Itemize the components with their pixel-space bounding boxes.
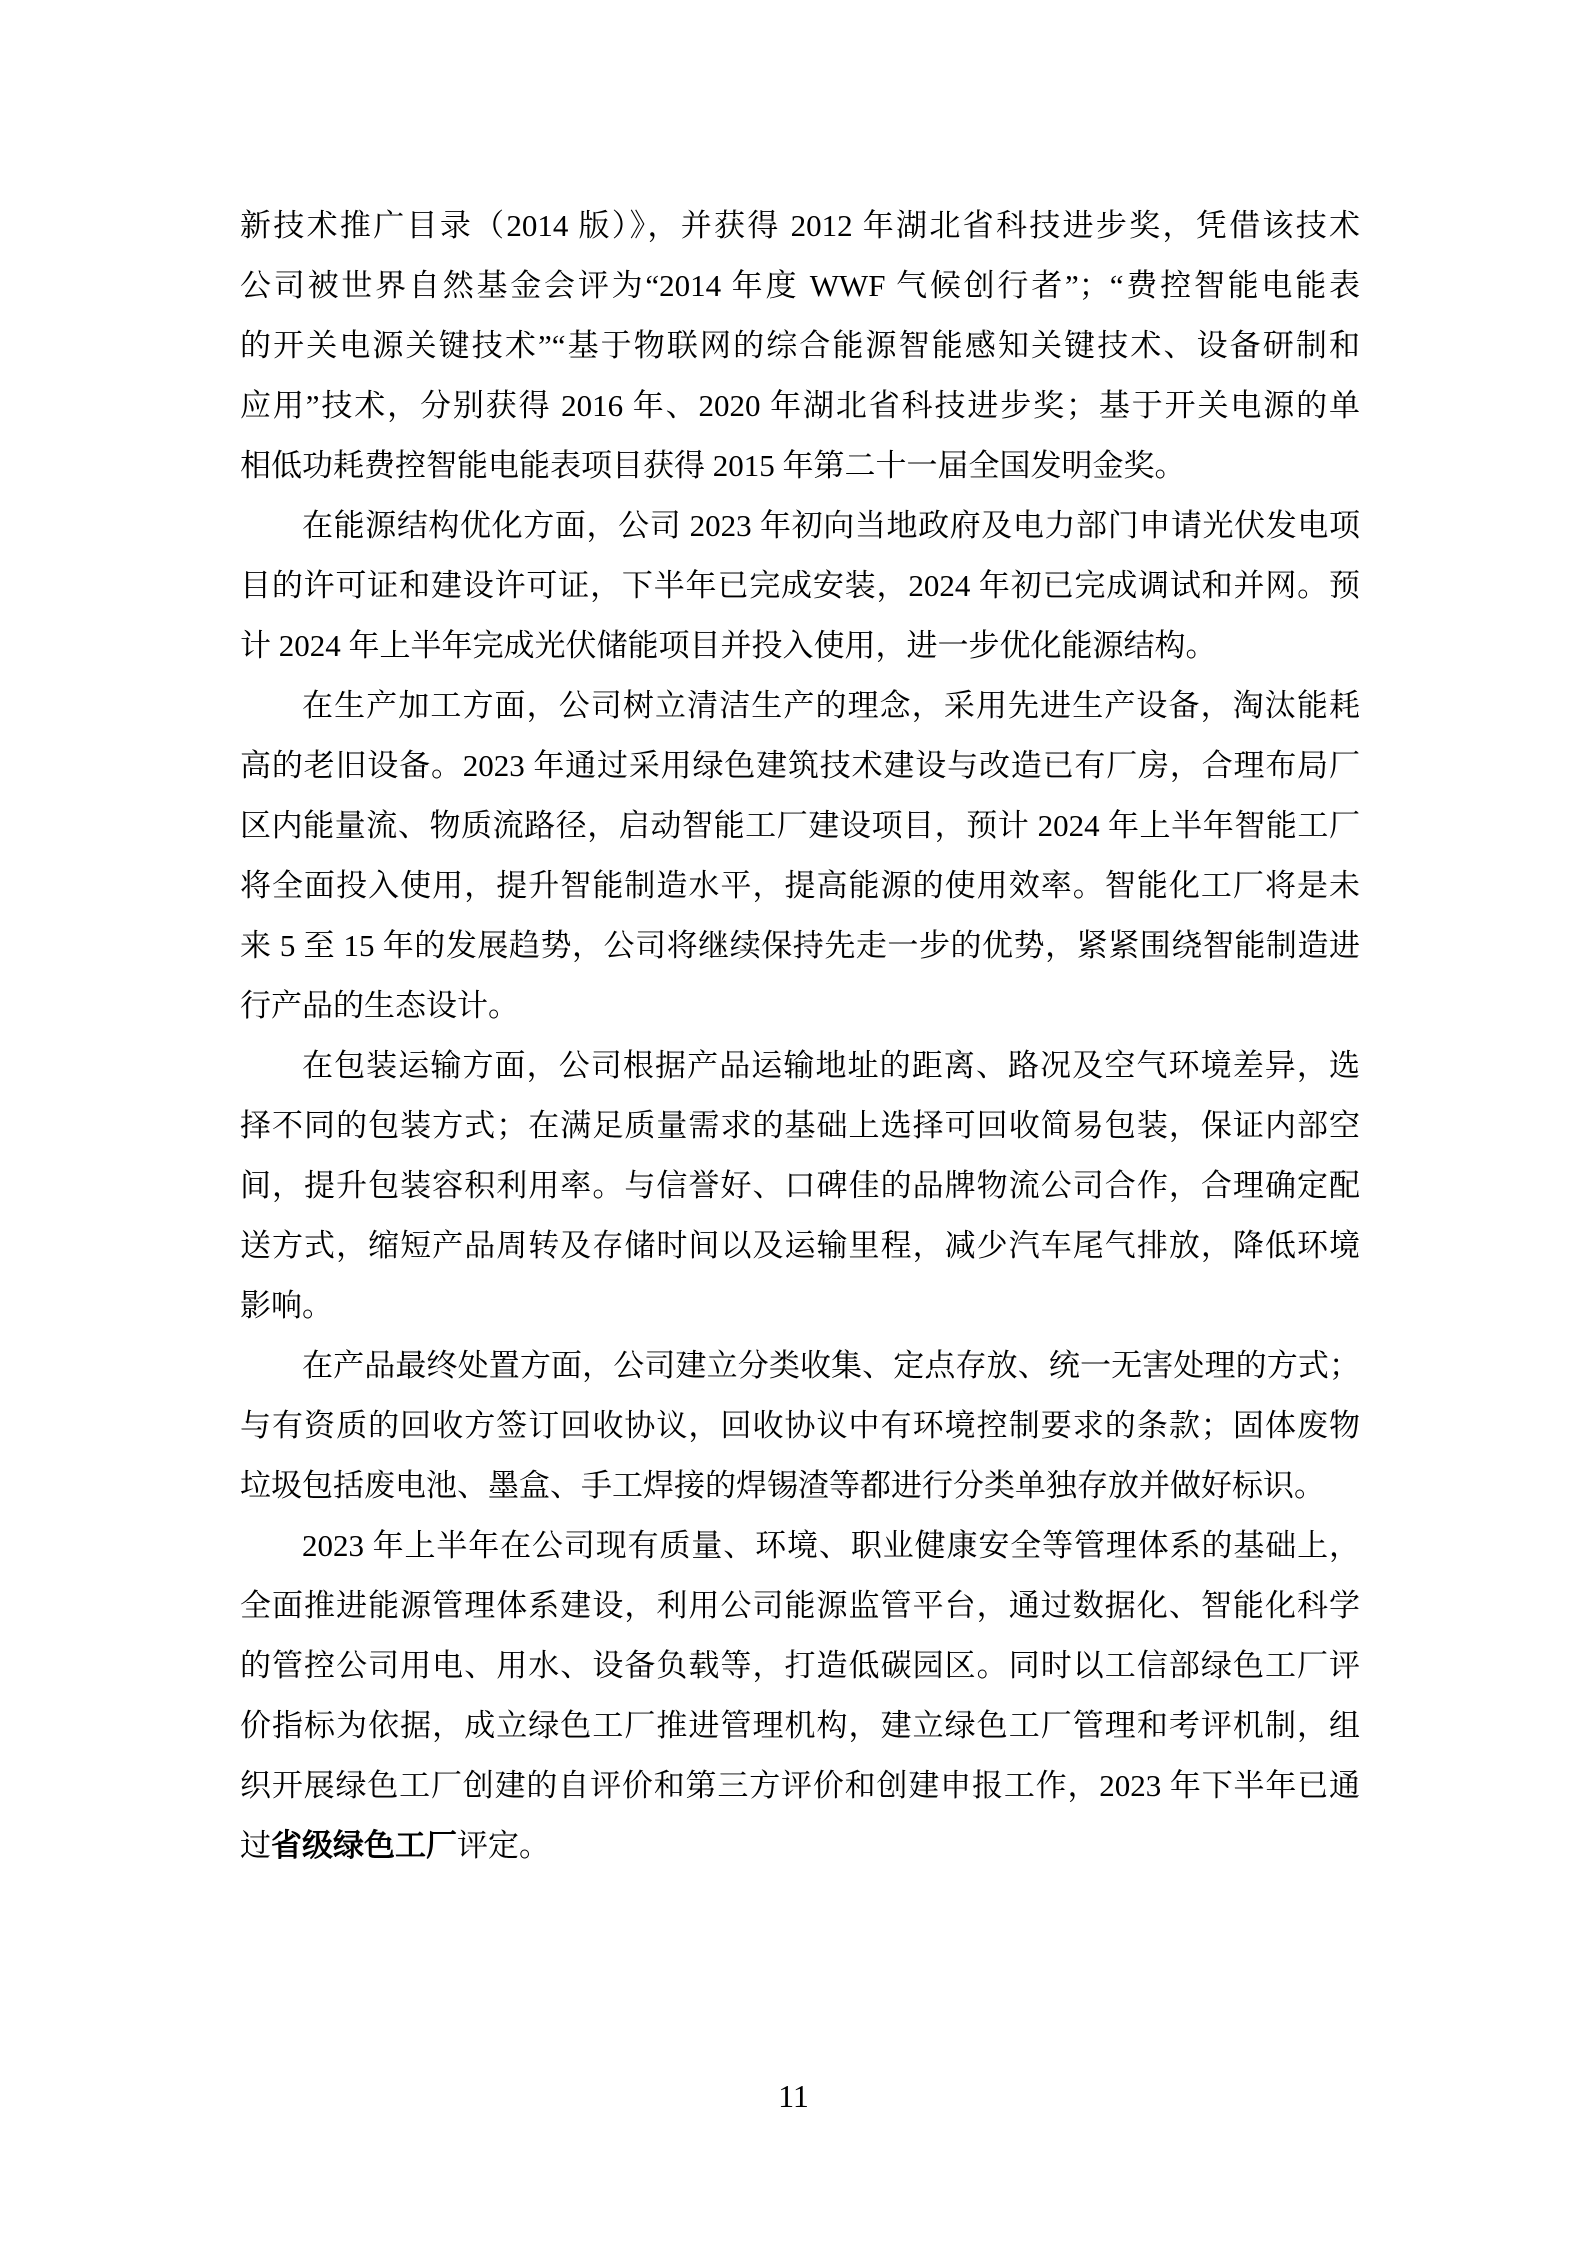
text-line: 区内能量流、物质流路径，启动智能工厂建设项目，预计 2024 年上半年智能工厂 — [240, 796, 1360, 856]
text-segment: 区内能量流、物质流路径，启动智能工厂建设项目，预计 2024 年上半年智能工厂 — [240, 808, 1360, 843]
text-line: 在能源结构优化方面，公司 2023 年初向当地政府及电力部门申请光伏发电项 — [240, 496, 1360, 556]
text-line: 在产品最终处置方面，公司建立分类收集、定点存放、统一无害处理的方式； — [240, 1336, 1360, 1396]
text-line: 公司被世界自然基金会评为“2014 年度 WWF 气候创行者”；“费控智能电能表 — [240, 256, 1360, 316]
text-segment: 在能源结构优化方面，公司 2023 年初向当地政府及电力部门申请光伏发电项 — [302, 508, 1360, 543]
text-line: 价指标为依据，成立绿色工厂推进管理机构，建立绿色工厂管理和考评机制，组 — [240, 1696, 1360, 1756]
text-segment: 织开展绿色工厂创建的自评价和第三方评价和创建申报工作，2023 年下半年已通 — [240, 1768, 1360, 1803]
text-segment: 在生产加工方面，公司树立清洁生产的理念，采用先进生产设备，淘汰能耗 — [302, 688, 1360, 723]
text-line: 将全面投入使用，提升智能制造水平，提高能源的使用效率。智能化工厂将是未 — [240, 856, 1360, 916]
text-line: 来 5 至 15 年的发展趋势，公司将继续保持先走一步的优势，紧紧围绕智能制造进 — [240, 916, 1360, 976]
text-line: 影响。 — [240, 1276, 1360, 1336]
text-line: 间，提升包装容积利用率。与信誉好、口碑佳的品牌物流公司合作，合理确定配 — [240, 1156, 1360, 1216]
text-line: 在生产加工方面，公司树立清洁生产的理念，采用先进生产设备，淘汰能耗 — [240, 676, 1360, 736]
text-segment: 送方式，缩短产品周转及存储时间以及运输里程，减少汽车尾气排放，降低环境 — [240, 1228, 1360, 1263]
text-line: 送方式，缩短产品周转及存储时间以及运输里程，减少汽车尾气排放，降低环境 — [240, 1216, 1360, 1276]
text-line: 计 2024 年上半年完成光伏储能项目并投入使用，进一步优化能源结构。 — [240, 616, 1360, 676]
text-segment: 行产品的生态设计。 — [240, 988, 519, 1023]
text-segment: 高的老旧设备。2023 年通过采用绿色建筑技术建设与改造已有厂房，合理布局厂 — [240, 748, 1360, 783]
bold-text-segment: 省级绿色工厂 — [271, 1828, 457, 1863]
text-line: 高的老旧设备。2023 年通过采用绿色建筑技术建设与改造已有厂房，合理布局厂 — [240, 736, 1360, 796]
text-segment: 来 5 至 15 年的发展趋势，公司将继续保持先走一步的优势，紧紧围绕智能制造进 — [240, 928, 1360, 963]
text-segment: 的开关电源关键技术”“基于物联网的综合能源智能感知关键技术、设备研制和 — [240, 328, 1360, 363]
text-segment: 评定。 — [457, 1828, 550, 1863]
text-line: 垃圾包括废电池、墨盒、手工焊接的焊锡渣等都进行分类单独存放并做好标识。 — [240, 1456, 1360, 1516]
text-segment: 影响。 — [240, 1288, 333, 1323]
text-segment: 垃圾包括废电池、墨盒、手工焊接的焊锡渣等都进行分类单独存放并做好标识。 — [240, 1468, 1325, 1503]
text-segment: 过 — [240, 1828, 271, 1863]
document-body: 新技术推广目录（2014 版）》，并获得 2012 年湖北省科技进步奖，凭借该技… — [240, 196, 1360, 1876]
text-segment: 将全面投入使用，提升智能制造水平，提高能源的使用效率。智能化工厂将是未 — [240, 868, 1360, 903]
text-segment: 计 2024 年上半年完成光伏储能项目并投入使用，进一步优化能源结构。 — [240, 628, 1217, 663]
text-segment: 目的许可证和建设许可证，下半年已完成安装，2024 年初已完成调试和并网。预 — [240, 568, 1360, 603]
text-line: 2023 年上半年在公司现有质量、环境、职业健康安全等管理体系的基础上， — [240, 1516, 1360, 1576]
text-segment: 在包装运输方面，公司根据产品运输地址的距离、路况及空气环境差异，选 — [302, 1048, 1360, 1083]
text-line: 新技术推广目录（2014 版）》，并获得 2012 年湖北省科技进步奖，凭借该技… — [240, 196, 1360, 256]
text-line: 行产品的生态设计。 — [240, 976, 1360, 1036]
text-line: 过省级绿色工厂评定。 — [240, 1816, 1360, 1876]
text-segment: 全面推进能源管理体系建设，利用公司能源监管平台，通过数据化、智能化科学 — [240, 1588, 1360, 1623]
text-segment: 间，提升包装容积利用率。与信誉好、口碑佳的品牌物流公司合作，合理确定配 — [240, 1168, 1360, 1203]
text-segment: 应用”技术，分别获得 2016 年、2020 年湖北省科技进步奖；基于开关电源的… — [240, 388, 1360, 423]
text-segment: 公司被世界自然基金会评为“2014 年度 WWF 气候创行者”；“费控智能电能表 — [240, 268, 1360, 303]
text-line: 的管控公司用电、用水、设备负载等，打造低碳园区。同时以工信部绿色工厂评 — [240, 1636, 1360, 1696]
text-segment: 相低功耗费控智能电能表项目获得 2015 年第二十一届全国发明金奖。 — [240, 448, 1186, 483]
page-number: 11 — [778, 2078, 809, 2114]
text-segment: 价指标为依据，成立绿色工厂推进管理机构，建立绿色工厂管理和考评机制，组 — [240, 1708, 1360, 1743]
text-line: 织开展绿色工厂创建的自评价和第三方评价和创建申报工作，2023 年下半年已通 — [240, 1756, 1360, 1816]
text-segment: 在产品最终处置方面，公司建立分类收集、定点存放、统一无害处理的方式； — [302, 1348, 1360, 1383]
text-line: 的开关电源关键技术”“基于物联网的综合能源智能感知关键技术、设备研制和 — [240, 316, 1360, 376]
text-line: 相低功耗费控智能电能表项目获得 2015 年第二十一届全国发明金奖。 — [240, 436, 1360, 496]
document-page: { "document": { "paragraphs": [ { "inden… — [0, 0, 1587, 2245]
text-segment: 新技术推广目录（2014 版）》，并获得 2012 年湖北省科技进步奖，凭借该技… — [240, 208, 1360, 243]
page-footer: 11 — [0, 2078, 1587, 2114]
text-segment: 与有资质的回收方签订回收协议，回收协议中有环境控制要求的条款；固体废物 — [240, 1408, 1360, 1443]
text-segment: 择不同的包装方式；在满足质量需求的基础上选择可回收简易包装，保证内部空 — [240, 1108, 1360, 1143]
text-line: 择不同的包装方式；在满足质量需求的基础上选择可回收简易包装，保证内部空 — [240, 1096, 1360, 1156]
text-line: 与有资质的回收方签订回收协议，回收协议中有环境控制要求的条款；固体废物 — [240, 1396, 1360, 1456]
text-line: 目的许可证和建设许可证，下半年已完成安装，2024 年初已完成调试和并网。预 — [240, 556, 1360, 616]
text-line: 应用”技术，分别获得 2016 年、2020 年湖北省科技进步奖；基于开关电源的… — [240, 376, 1360, 436]
text-segment: 2023 年上半年在公司现有质量、环境、职业健康安全等管理体系的基础上， — [302, 1528, 1360, 1563]
text-line: 在包装运输方面，公司根据产品运输地址的距离、路况及空气环境差异，选 — [240, 1036, 1360, 1096]
text-segment: 的管控公司用电、用水、设备负载等，打造低碳园区。同时以工信部绿色工厂评 — [240, 1648, 1360, 1683]
text-line: 全面推进能源管理体系建设，利用公司能源监管平台，通过数据化、智能化科学 — [240, 1576, 1360, 1636]
